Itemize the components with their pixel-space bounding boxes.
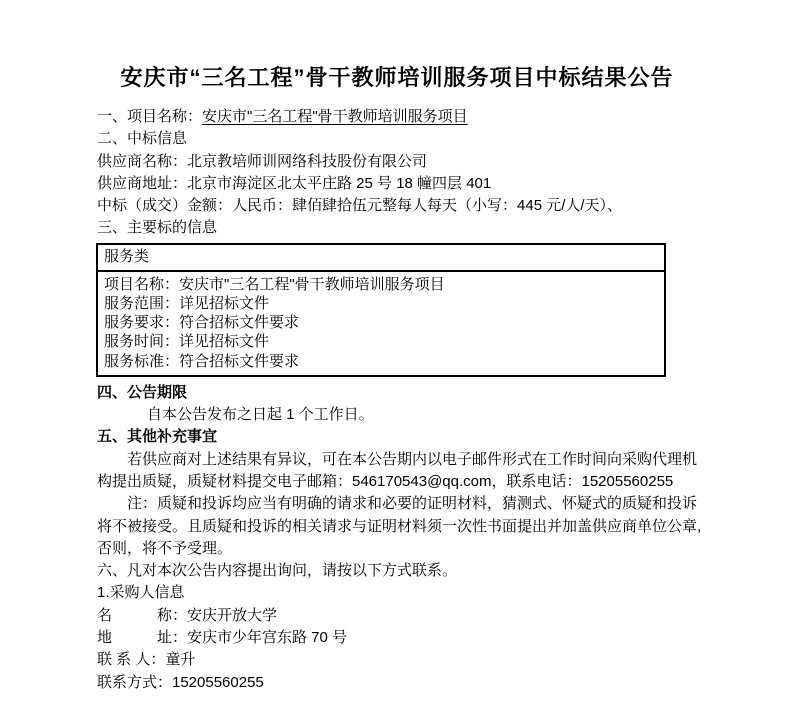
buyer-address-line: 地 址：安庆市少年宫东路 70 号 (97, 627, 697, 649)
subject-table: 服务类 项目名称：安庆市"三名工程"骨干教师培训服务项目 服务范围：详见招标文件… (96, 243, 666, 377)
supplier-address-line: 供应商地址：北京市海淀区北太平庄路 25 号 18 幢四层 401 (97, 173, 697, 195)
objection-para-line-2: 构提出质疑，质疑材料提交电子邮箱：546170543@qq.com，联系电话：1… (97, 471, 697, 493)
table-body-cell: 项目名称：安庆市"三名工程"骨干教师培训服务项目 服务范围：详见招标文件 服务要… (98, 272, 664, 375)
objection-note-line-3: 否则，将不予受理。 (97, 538, 697, 560)
bid-amount-line: 中标（成交）金额：人民币：肆佰肆拾伍元整每人每天（小写：445 元/人/天）、 (97, 195, 697, 217)
table-row-service-requirement: 服务要求：符合招标文件要求 (104, 313, 658, 332)
document-page: 安庆市“三名工程”骨干教师培训服务项目中标结果公告 一、项目名称：安庆市"三名工… (0, 0, 793, 723)
section-6-heading: 六、凡对本次公告内容提出询问，请按以下方式联系。 (97, 560, 697, 582)
objection-note-line-1: 注：质疑和投诉均应当有明确的请求和必要的证明材料，猜测式、怀疑式的质疑和投诉 (97, 493, 697, 515)
objection-note-line-2: 将不被接受。且质疑和投诉的相关请求与证明材料须一次性书面提出并加盖供应商单位公章… (97, 516, 697, 538)
buyer-name-line: 名 称：安庆开放大学 (97, 605, 697, 627)
section-5-heading: 五、其他补充事宜 (97, 426, 697, 448)
objection-para-line-1: 若供应商对上述结果有异议，可在本公告期内以电子邮件形式在工作时间向采购代理机 (97, 449, 697, 471)
buyer-phone-line: 联系方式：15205560255 (97, 672, 697, 694)
project-name-line: 一、项目名称：安庆市"三名工程"骨干教师培训服务项目 (97, 106, 697, 128)
table-row-service-time: 服务时间：详见招标文件 (104, 332, 658, 351)
announcement-period-line: 自本公告发布之日起 1 个工作日。 (97, 404, 697, 426)
buyer-contact-line: 联 系 人：童升 (97, 649, 697, 671)
section-3-heading: 三、主要标的信息 (97, 217, 697, 239)
table-row-project-name: 项目名称：安庆市"三名工程"骨干教师培训服务项目 (104, 275, 658, 294)
section-2-heading: 二、中标信息 (97, 128, 697, 150)
doc-title: 安庆市“三名工程”骨干教师培训服务项目中标结果公告 (97, 63, 697, 93)
project-name-value: 安庆市"三名工程"骨干教师培训服务项目 (202, 108, 468, 125)
section-4-heading: 四、公告期限 (97, 382, 697, 404)
buyer-info-heading: 1.采购人信息 (97, 582, 697, 604)
table-header-cell: 服务类 (98, 245, 664, 272)
table-row-service-standard: 服务标准：符合招标文件要求 (104, 352, 658, 371)
table-row-service-scope: 服务范围：详见招标文件 (104, 294, 658, 313)
project-name-label: 一、项目名称： (97, 108, 202, 125)
supplier-name-line: 供应商名称：北京教培师训网络科技股份有限公司 (97, 151, 697, 173)
